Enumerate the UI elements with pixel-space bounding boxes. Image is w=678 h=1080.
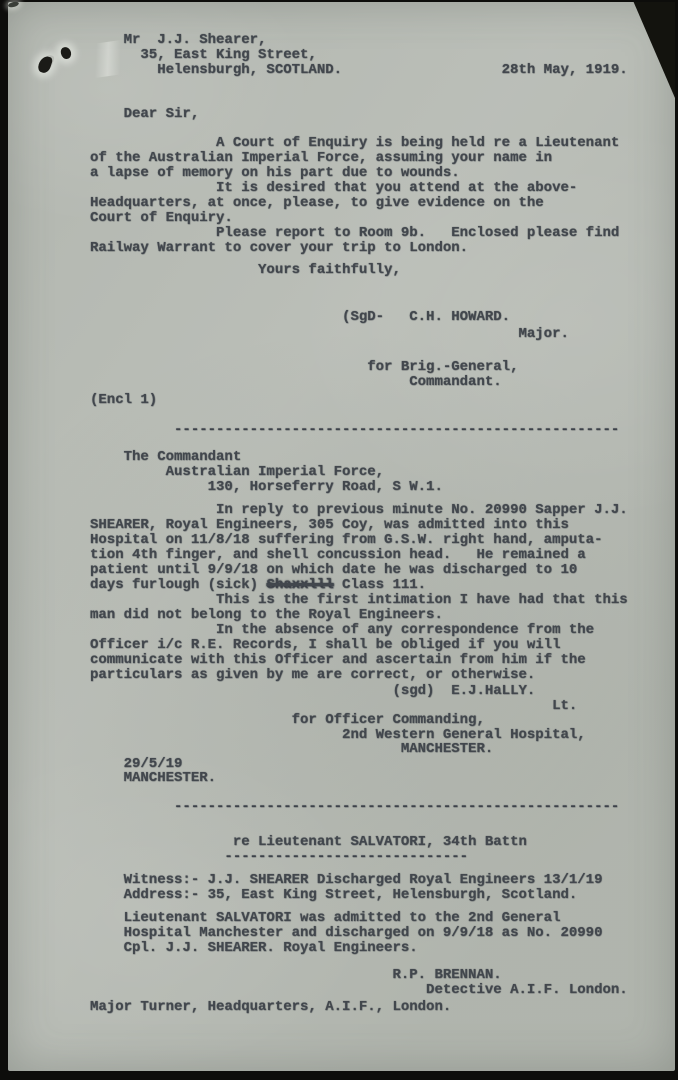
divider-dashes: ----------------------------------------… (90, 423, 665, 438)
body-line-with-strikeout: days furlough (sick) Shaxxlll Class 111. (90, 578, 665, 593)
body-line: Officer i/c R.E. Records, I shall be obl… (90, 638, 665, 653)
body-line: Railway Warrant to cover your trip to Lo… (90, 241, 665, 256)
body-line: Hospital Manchester and discharged on 9/… (90, 926, 665, 941)
body-line: In the absence of any correspondence fro… (90, 623, 665, 638)
letter2-signature-block: (sgd) E.J.HaLLY. Lt. for Officer Command… (90, 684, 665, 786)
addressee-line: 130, Horseferry Road, S W.1. (90, 480, 665, 495)
body-line: Court of Enquiry. (90, 211, 665, 226)
body-line: of the Australian Imperial Force, assumi… (90, 151, 665, 166)
recipient-name: Mr J.J. Shearer, (90, 33, 665, 48)
addressee-line: Australian Imperial Force, (90, 465, 665, 480)
body-line: tion 4th finger, and shell concussion he… (90, 548, 665, 563)
letter2-body: In reply to previous minute No. 20990 Sa… (90, 503, 665, 683)
note-body: Lieutenant SALVATORI was admitted to the… (90, 911, 665, 956)
letter-paper: Mr J.J. Shearer, 35, East King Street, H… (8, 2, 675, 1071)
letter1-body: A Court of Enquiry is being held re a Li… (90, 136, 665, 256)
salutation-text: Dear Sir, (90, 107, 665, 122)
letter1-signature: (SgD- C.H. HOWARD. (90, 310, 665, 325)
closing-text: Yours faithfully, (90, 263, 665, 278)
divider-dashes: ----------------------------------------… (90, 800, 665, 815)
divider-1: ----------------------------------------… (90, 423, 665, 438)
body-line: Cpl. J.J. SHEARER. Royal Engineers. (90, 941, 665, 956)
scanned-document-photo: { "colors": { "paper": "#b7bbb4", "ink":… (0, 0, 678, 1080)
enclosure-note: (Encl 1) (90, 393, 665, 408)
footer-addressee: Major Turner, Headquarters, A.I.F., Lond… (90, 1000, 665, 1015)
body-line: patient until 9/9/18 on which date he wa… (90, 563, 665, 578)
body-line: Lieutenant SALVATORI was admitted to the… (90, 911, 665, 926)
signature-rank: Lt. (90, 699, 665, 714)
unit-city: MANCHESTER. (90, 742, 665, 757)
signature-name: R.P. BRENNAN. (90, 968, 665, 983)
body-line: communicate with this Officer and ascert… (90, 653, 665, 668)
struck-out-word: Shaxxlll (266, 577, 333, 593)
note-heading-underline: ----------------------------- (90, 850, 665, 865)
witness-address-line: Address:- 35, East King Street, Helensbu… (90, 888, 665, 903)
for-title: Commandant. (90, 375, 665, 390)
signature-rank: Major. (90, 327, 665, 342)
witness-details: Witness:- J.J. SHEARER Discharged Royal … (90, 873, 665, 903)
divider-2: ----------------------------------------… (90, 800, 665, 815)
for-line: for Brig.-General, (90, 360, 665, 375)
body-line: In reply to previous minute No. 20990 Sa… (90, 503, 665, 518)
enclosure-text: (Encl 1) (90, 393, 665, 408)
salutation: Dear Sir, (90, 107, 665, 122)
closing: Yours faithfully, (90, 263, 665, 278)
body-line: a lapse of memory on his part due to wou… (90, 166, 665, 181)
body-line: particulars as given by me are correct, … (90, 668, 665, 683)
witness-line: Witness:- J.J. SHEARER Discharged Royal … (90, 873, 665, 888)
paper-pin-hole (60, 46, 72, 60)
paper-ink-smudge (8, 1, 20, 9)
body-line: Headquarters, at once, please, to give e… (90, 196, 665, 211)
body-line: A Court of Enquiry is being held re a Li… (90, 136, 665, 151)
note-signature: R.P. BRENNAN. Detective A.I.F. London. (90, 968, 665, 998)
body-line: SHEARER, Royal Engineers, 305 Coy, was a… (90, 518, 665, 533)
recipient-city-line: Helensburgh, SCOTLAND.28th May, 1919. (90, 63, 665, 78)
letter1-signature-for: for Brig.-General, Commandant. (90, 360, 665, 390)
letter2-addressee: The Commandant Australian Imperial Force… (90, 450, 665, 495)
body-line: It is desired that you attend at the abo… (90, 181, 665, 196)
underline-dashes: ----------------------------- (90, 850, 665, 865)
unit-line: 2nd Western General Hospital, (90, 728, 665, 743)
note-footer: Major Turner, Headquarters, A.I.F., Lond… (90, 1000, 665, 1015)
body-line: Hospital on 11/8/18 suffering from G.S.W… (90, 533, 665, 548)
date-line: 29/5/19 (90, 757, 665, 772)
recipient-address: Mr J.J. Shearer, 35, East King Street, H… (90, 33, 665, 78)
signature-name: (sgd) E.J.HaLLY. (90, 684, 665, 699)
strike-pre-text: days furlough (sick) (90, 577, 266, 593)
letter1-signature-rank: Major. (90, 327, 665, 342)
body-line: man did not belong to the Royal Engineer… (90, 608, 665, 623)
heading-text: re Lieutenant SALVATORI, 34th Battn (90, 835, 665, 850)
addressee-line: The Commandant (90, 450, 665, 465)
for-line: for Officer Commanding, (90, 713, 665, 728)
signature-title: Detective A.I.F. London. (90, 983, 665, 998)
place-line: MANCHESTER. (90, 771, 665, 786)
body-line: Please report to Room 9b. Enclosed pleas… (90, 226, 665, 241)
body-line: This is the first intimation I have had … (90, 593, 665, 608)
recipient-street: 35, East King Street, (90, 48, 665, 63)
strike-post-text: Class 111. (334, 577, 426, 593)
signature-name: (SgD- C.H. HOWARD. (90, 310, 665, 325)
recipient-city: Helensburgh, SCOTLAND. (90, 62, 342, 78)
note-heading: re Lieutenant SALVATORI, 34th Battn (90, 835, 665, 850)
letter-date: 28th May, 1919. (502, 63, 628, 78)
paper-tear-hole (37, 55, 54, 75)
